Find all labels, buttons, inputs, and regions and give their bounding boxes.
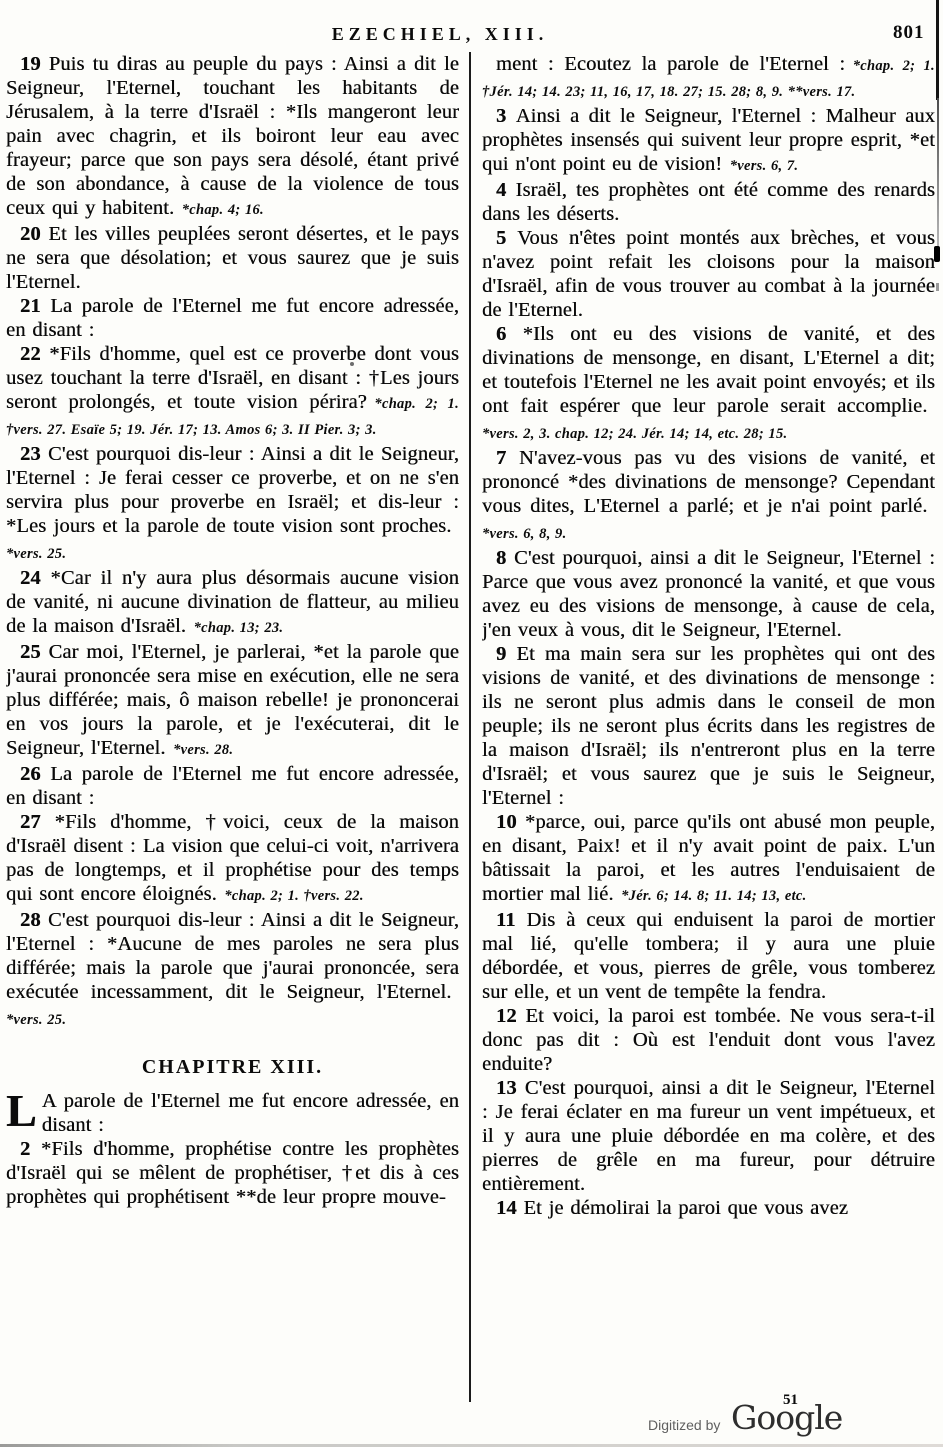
- verse-paragraph: 21 La parole de l'Eternel me fut encore …: [6, 294, 459, 342]
- cross-reference: *chap. 2; 1. †vers. 22.: [217, 888, 364, 904]
- verse-paragraph: 24 *Car il n'y aura plus désormais aucun…: [6, 566, 459, 640]
- verse-number: 13: [496, 1077, 525, 1099]
- verse-number: 2: [20, 1138, 41, 1160]
- verse-number: 8: [496, 547, 514, 569]
- verse-paragraph: 12 Et voici, la paroi est tombée. Ne vou…: [482, 1004, 935, 1076]
- verse-text: A parole de l'Eternel me fut encore adre…: [42, 1090, 459, 1136]
- verse-text: Israël, tes prophètes ont été comme des …: [482, 179, 935, 225]
- cross-reference: *chap. 4; 16.: [174, 202, 264, 218]
- verse-text: Et ma main sera sur les prophètes qui on…: [482, 643, 935, 809]
- verse-text: C'est pourquoi dis-leur : Ainsi a dit le…: [6, 909, 459, 1003]
- verse-paragraph: 3 Ainsi a dit le Seigneur, l'Eternel : M…: [482, 104, 935, 178]
- scan-edge-artifact-line: [936, 0, 939, 100]
- verse-number: 9: [496, 643, 516, 665]
- digitized-by-label: Digitized by: [648, 1417, 720, 1433]
- verse-paragraph: 14 Et je démolirai la paroi que vous ave…: [482, 1196, 935, 1220]
- verse-paragraph: 23 C'est pourquoi dis-leur : Ainsi a dit…: [6, 442, 459, 566]
- verse-paragraph: 28 C'est pourquoi dis-leur : Ainsi a dit…: [6, 908, 459, 1032]
- verse-text: C'est pourquoi dis-leur : Ainsi a dit le…: [6, 443, 459, 537]
- scanned-book-page: EZECHIEL, XIII. 801 19 Puis tu diras au …: [0, 0, 943, 1447]
- verse-paragraph: 13 C'est pourquoi, ainsi a dit le Seigne…: [482, 1076, 935, 1196]
- chapter-heading: CHAPITRE XIII.: [6, 1056, 459, 1079]
- verse-number: 23: [20, 443, 48, 465]
- page-header-title: EZECHIEL, XIII.: [0, 24, 880, 45]
- verse-paragraph: 20 Et les villes peuplées seront déserte…: [6, 222, 459, 294]
- verse-text: Vous n'êtes point montés aux brèches, et…: [482, 227, 935, 321]
- google-logo: Google: [731, 1398, 842, 1437]
- verse-number: 28: [20, 909, 48, 931]
- verse-paragraph: 6 *Ils ont eu des visions de vanité, et …: [482, 322, 935, 446]
- verse-number: 6: [496, 323, 523, 345]
- verse-number: 12: [496, 1005, 525, 1027]
- verse-number: 14: [496, 1197, 523, 1219]
- page-number: 801: [893, 22, 925, 44]
- right-column: ment : Ecoutez la parole de l'Eternel : …: [482, 52, 935, 1404]
- drop-cap-initial: L: [6, 1089, 42, 1131]
- verse-paragraph: 26 La parole de l'Eternel me fut encore …: [6, 762, 459, 810]
- verse-number: 25: [20, 641, 49, 663]
- verse-number: 3: [496, 105, 516, 127]
- verse-number: 22: [20, 343, 49, 365]
- verse-paragraph: 11 Dis à ceux qui enduisent la paroi de …: [482, 908, 935, 1004]
- cross-reference: *vers. 28.: [166, 742, 234, 758]
- verse-text: C'est pourquoi, ainsi a dit le Seigneur,…: [482, 1077, 935, 1195]
- verse-number: 24: [20, 567, 51, 589]
- verse-paragraph: 8 C'est pourquoi, ainsi a dit le Seigneu…: [482, 546, 935, 642]
- verse-text: Et les villes peuplées seront désertes, …: [6, 223, 459, 293]
- column-divider-rule: [469, 52, 471, 1402]
- verse-paragraph: 10 *parce, oui, parce qu'ils ont abusé m…: [482, 810, 935, 908]
- verse-number: 5: [496, 227, 517, 249]
- verse-number: 19: [20, 53, 49, 75]
- verse-paragraph: 2 *Fils d'homme, prophétise contre les p…: [6, 1137, 459, 1209]
- verse-paragraph: 7 N'avez-vous pas vu des visions de vani…: [482, 446, 935, 546]
- verse-number: 10: [496, 811, 525, 833]
- cross-reference: *vers. 6, 7.: [722, 158, 798, 174]
- cross-reference: *Jér. 6; 14. 8; 11. 14; 13, etc.: [614, 888, 807, 904]
- verse-number: 26: [20, 763, 50, 785]
- verse-text: Et voici, la paroi est tombée. Ne vous s…: [482, 1005, 935, 1075]
- verse-number: 4: [496, 179, 516, 201]
- verse-paragraph: LA parole de l'Eternel me fut encore adr…: [6, 1089, 459, 1137]
- verse-paragraph: 27 *Fils d'homme, †voici, ceux de la mai…: [6, 810, 459, 908]
- scan-edge-artifact-line-faint: [937, 98, 939, 250]
- verse-text: La parole de l'Eternel me fut encore adr…: [6, 295, 459, 341]
- verse-number: 21: [20, 295, 50, 317]
- verse-text: La parole de l'Eternel me fut encore adr…: [6, 763, 459, 809]
- verse-paragraph: 25 Car moi, l'Eternel, je parlerai, *et …: [6, 640, 459, 762]
- verse-paragraph: 9 Et ma main sera sur les prophètes qui …: [482, 642, 935, 810]
- verse-text: Dis à ceux qui enduisent la paroi de mor…: [482, 909, 935, 1003]
- verse-text: Ainsi a dit le Seigneur, l'Eternel : Mal…: [482, 105, 935, 175]
- verse-text: *Fils d'homme, prophétise contre les pro…: [6, 1138, 459, 1208]
- scan-edge-artifact-dash: [936, 283, 939, 291]
- verse-paragraph: 22 *Fils d'homme, quel est ce proverbe d…: [6, 342, 459, 442]
- left-column: 19 Puis tu diras au peuple du pays : Ain…: [6, 52, 459, 1404]
- verse-continuation-paragraph: ment : Ecoutez la parole de l'Eternel : …: [482, 52, 935, 104]
- verse-number: 7: [496, 447, 519, 469]
- verse-number: 27: [20, 811, 55, 833]
- verse-text: N'avez-vous pas vu des visions de vanité…: [482, 447, 935, 517]
- verse-paragraph: 4 Israël, tes prophètes ont été comme de…: [482, 178, 935, 226]
- verse-text: Puis tu diras au peuple du pays : Ainsi …: [6, 53, 459, 219]
- verse-paragraph: 5 Vous n'êtes point montés aux brèches, …: [482, 226, 935, 322]
- verse-text: C'est pourquoi, ainsi a dit le Seigneur,…: [482, 547, 935, 641]
- verse-text: ment : Ecoutez la parole de l'Eternel :: [496, 53, 845, 75]
- verse-paragraph: 19 Puis tu diras au peuple du pays : Ain…: [6, 52, 459, 222]
- cross-reference: *chap. 13; 23.: [186, 620, 283, 636]
- verse-text: Et je démolirai la paroi que vous avez: [523, 1197, 848, 1219]
- verse-text: *Ils ont eu des visions de vanité, et de…: [482, 323, 935, 417]
- verse-number: 20: [20, 223, 48, 245]
- verse-number: 11: [496, 909, 526, 931]
